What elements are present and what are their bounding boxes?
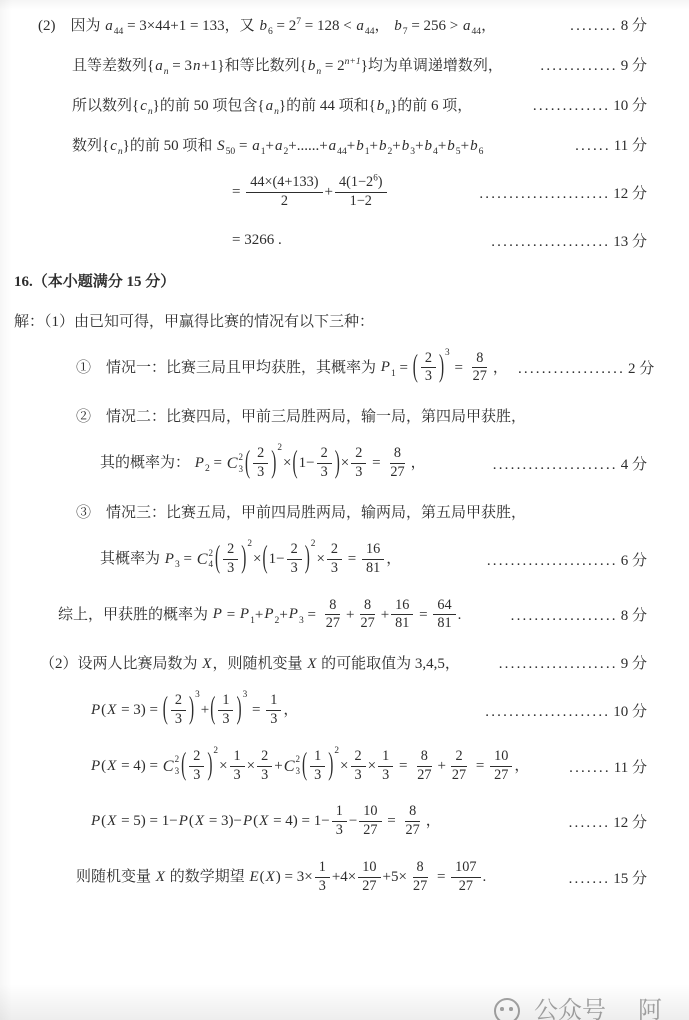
combination-symbol: C23 xyxy=(284,754,300,777)
text-run: 综上，甲获胜的概率为 xyxy=(58,606,212,622)
numerator: 10 xyxy=(490,748,512,767)
text-run: = 3 xyxy=(169,58,192,74)
denominator: 3 xyxy=(327,560,342,578)
denominator: 27 xyxy=(490,767,512,785)
fraction: 827 xyxy=(322,597,344,634)
text-run: = xyxy=(248,702,264,718)
text-run: }的前 50 项包含{ xyxy=(153,98,265,114)
variable: X xyxy=(106,813,117,829)
smiley-face-icon xyxy=(494,998,520,1020)
text-run: + xyxy=(201,702,209,718)
text-run: 1−2 xyxy=(350,193,372,209)
text-run: = 4) = 1− xyxy=(269,813,329,829)
score-label: 11 分 xyxy=(614,138,647,154)
combination-base: C xyxy=(284,757,295,776)
score-label: 12 分 xyxy=(613,186,647,202)
text-run: 3 xyxy=(355,767,362,783)
solution-line: （2）设两人比赛局数为 X，则随机变量 X 的可能取值为 3,4,5，.....… xyxy=(0,652,647,673)
text-run: 1 xyxy=(222,692,229,708)
leader-dots: ..................... xyxy=(485,704,610,720)
denominator: 81 xyxy=(391,615,413,633)
text-run: = xyxy=(384,813,400,829)
text-run: × xyxy=(253,551,261,567)
variable: X xyxy=(106,758,117,774)
subscript: 44 xyxy=(365,26,375,37)
text-run: 数列{ xyxy=(72,138,109,154)
fraction: 6481 xyxy=(433,597,455,634)
numerator: 64 xyxy=(433,597,455,616)
text-run: 16 xyxy=(395,597,409,613)
text-run: 27 xyxy=(473,368,487,384)
text-run: }的前 50 项和 xyxy=(123,138,216,154)
text-run: = xyxy=(304,606,320,622)
line-content: ② 情况二：比赛四局，甲前三局胜两局，输一局，第四局甲获胜， xyxy=(76,405,526,426)
variable: a xyxy=(355,18,365,34)
denominator: 27 xyxy=(356,615,378,633)
numerator: 2 xyxy=(223,541,238,560)
text-run: = 5) = 1− xyxy=(117,813,177,829)
text-run: + xyxy=(381,606,389,622)
text-run: 44×(4+133) xyxy=(250,174,318,190)
text-run: = 3×44+1 = 133，又 xyxy=(123,18,258,34)
line-content: P(X = 4) = C23(23)2×13×23+C23(13)2×23×13… xyxy=(90,748,529,785)
text-run: 8 xyxy=(364,597,371,613)
fraction: 827 xyxy=(402,803,424,840)
text-run: = xyxy=(433,869,449,885)
text-run: ① 情况一：比赛三局且甲均获胜，其概率为 xyxy=(76,359,380,375)
text-run: + xyxy=(370,138,378,154)
text-run: = xyxy=(344,551,360,567)
group-exponent: 2 xyxy=(213,747,218,756)
denominator: 3 xyxy=(266,711,281,729)
denominator: 3 xyxy=(332,822,347,840)
dots-score: .......15 分 xyxy=(559,867,647,888)
group-exponent: 2 xyxy=(334,747,339,756)
fraction: 13 xyxy=(310,748,325,785)
text-run: 8 xyxy=(394,445,401,461)
fraction: 23 xyxy=(171,692,186,729)
numerator: 1 xyxy=(218,692,233,711)
variable: c xyxy=(109,138,118,154)
text-run: 3 xyxy=(331,560,338,576)
text-run: ， xyxy=(386,551,401,567)
text-run: 3 xyxy=(336,822,343,838)
text-run: 2 xyxy=(257,445,264,461)
close-paren: ) xyxy=(240,541,247,578)
numerator: 10 xyxy=(358,859,380,878)
line-content: 所以数列{cn}的前 50 项包含{an}的前 44 项和{bn}的前 6 项， xyxy=(72,94,472,115)
close-paren: ) xyxy=(327,748,334,785)
text-run: 3 xyxy=(270,711,277,727)
dots-score: .............10 分 xyxy=(523,94,647,115)
numerator: 8 xyxy=(472,350,487,369)
combination-symbol: C23 xyxy=(227,452,243,475)
fraction: 13 xyxy=(332,803,347,840)
denominator: 27 xyxy=(448,767,470,785)
solution-line: (2) 因为 a44 = 3×44+1 = 133，又 b6 = 27 = 12… xyxy=(0,14,647,35)
denominator: 27 xyxy=(359,822,381,840)
close-paren: ) xyxy=(270,445,277,482)
line-content: P(X = 5) = 1−P(X = 3)−P(X = 4) = 1−13−10… xyxy=(90,803,441,840)
text-run: 8 xyxy=(421,748,428,764)
text-run: 2 xyxy=(193,748,200,764)
fraction: 1681 xyxy=(391,597,413,634)
group-content: 23 xyxy=(169,692,188,729)
paren-group: (13)2 xyxy=(301,748,340,785)
text-run: = xyxy=(395,758,411,774)
leader-dots: ............. xyxy=(533,98,610,114)
text-run: + xyxy=(274,758,282,774)
denominator: 3 xyxy=(378,767,393,785)
denominator: 3 xyxy=(315,878,330,896)
subscript: 44 xyxy=(337,146,347,157)
upper-index: 2 xyxy=(175,754,180,766)
text-run: 27 xyxy=(362,878,376,894)
text-run: ， xyxy=(375,18,394,34)
text-run: }的前 44 项和{ xyxy=(279,98,376,114)
numerator: 4(1−26) xyxy=(335,174,386,193)
text-run: = xyxy=(396,359,412,375)
text-run: }的前 6 项， xyxy=(390,98,472,114)
variable: P xyxy=(90,813,101,829)
text-run: 2 xyxy=(425,350,432,366)
fraction: 827 xyxy=(413,748,435,785)
fraction: 4(1−26)1−2 xyxy=(335,174,386,211)
variable: P xyxy=(164,551,175,567)
leader-dots: ..................... xyxy=(493,457,618,473)
text-run: = 2 xyxy=(273,18,296,34)
solution-line: = 44×(4+133)2+4(1−26)1−2................… xyxy=(0,174,647,211)
text-run: = xyxy=(451,359,467,375)
solution-line: 综上，甲获胜的概率为 P = P1+P2+P3 = 827+827+1681 =… xyxy=(0,597,647,634)
lower-index: 4 xyxy=(209,559,214,571)
text-run: = 3266 . xyxy=(232,232,282,248)
dots-score: ......................12 分 xyxy=(469,182,647,203)
group-content: 23 xyxy=(221,541,240,578)
denominator: 3 xyxy=(257,767,272,785)
fraction: 13 xyxy=(266,692,281,729)
dots-score: ....................9 分 xyxy=(489,652,647,673)
variable: P xyxy=(263,606,274,622)
text-run: }均为单调递增数列， xyxy=(361,58,503,74)
variable: a xyxy=(462,18,472,34)
solution-line: 且等差数列{an = 3n+1}和等比数列{bn = 2n+1}均为单调递增数列… xyxy=(0,54,647,75)
score-label: 10 分 xyxy=(613,704,647,720)
fraction: 23 xyxy=(327,541,342,578)
denominator: 3 xyxy=(189,767,204,785)
text-run: 1− xyxy=(269,551,285,567)
fraction: 827 xyxy=(409,859,431,896)
combination-indices: 24 xyxy=(209,548,214,571)
text-run: 27 xyxy=(459,878,473,894)
text-run: 3 xyxy=(314,767,321,783)
text-run: ② 情况二：比赛四局，甲前三局胜两局，输一局，第四局甲获胜， xyxy=(76,409,526,425)
text-run: 的可能取值为 3,4,5， xyxy=(317,656,460,672)
variable: P xyxy=(239,606,250,622)
numerator: 8 xyxy=(405,803,420,822)
text-run: ， xyxy=(283,702,298,718)
denominator: 81 xyxy=(433,615,455,633)
numerator: 16 xyxy=(362,541,384,560)
group-content: 23 xyxy=(251,445,270,482)
solution-line: P(X = 4) = C23(23)2×13×23+C23(13)2×23×13… xyxy=(0,748,647,785)
text-run: 3 xyxy=(175,711,182,727)
group-exponent: 3 xyxy=(445,349,450,358)
solution-line: 则随机变量 X 的数学期望 E(X) = 3×13+4×1027+5×827 =… xyxy=(0,859,647,896)
text-run: = xyxy=(232,184,244,200)
denominator: 27 xyxy=(455,878,477,896)
open-paren: ( xyxy=(180,748,187,785)
text-run: × xyxy=(219,758,227,774)
score-label: 4 分 xyxy=(621,457,647,473)
fraction: 23 xyxy=(189,748,204,785)
text-run: ， xyxy=(493,359,508,375)
close-paren: ) xyxy=(438,349,445,386)
subscript: 44 xyxy=(114,26,124,37)
solution-line: 所以数列{cn}的前 50 项包含{an}的前 44 项和{bn}的前 6 项，… xyxy=(0,94,647,115)
text-run: 1 xyxy=(336,803,343,819)
text-run: ， xyxy=(481,18,496,34)
combination-symbol: C24 xyxy=(197,548,213,571)
denominator: 3 xyxy=(230,767,245,785)
score-label: 9 分 xyxy=(621,58,647,74)
text-run: (2) 因为 xyxy=(38,18,104,34)
text-run: ， xyxy=(514,758,529,774)
solution-line: 解：（1）由已知可得，甲赢得比赛的情况有以下三种： xyxy=(0,310,647,331)
text-run: = xyxy=(180,551,196,567)
text-run: 其概率为 xyxy=(100,551,164,567)
numerator: 10 xyxy=(359,803,381,822)
leader-dots: ....... xyxy=(569,815,611,831)
denominator: 27 xyxy=(469,368,491,386)
denominator: 3 xyxy=(171,711,186,729)
fraction: 23 xyxy=(351,748,366,785)
numerator: 1 xyxy=(230,748,245,767)
fraction: 1681 xyxy=(362,541,384,578)
variable: P xyxy=(90,702,101,718)
fraction: 827 xyxy=(386,445,408,482)
subscript: 44 xyxy=(472,26,482,37)
text-run: = xyxy=(223,606,239,622)
numerator: 2 xyxy=(287,541,302,560)
numerator: 2 xyxy=(451,748,466,767)
denominator: 27 xyxy=(358,878,380,896)
denominator: 3 xyxy=(310,767,325,785)
lower-index: 3 xyxy=(296,766,301,778)
fraction: 23 xyxy=(223,541,238,578)
fraction: 227 xyxy=(448,748,470,785)
score-label: 8 分 xyxy=(621,608,647,624)
fraction: 10727 xyxy=(451,859,480,896)
text-run: 27 xyxy=(390,464,404,480)
group-content: 13 xyxy=(308,748,327,785)
text-run: 81 xyxy=(437,615,451,631)
variable: P xyxy=(90,758,101,774)
variable: b xyxy=(307,58,317,74)
subscript: 50 xyxy=(226,146,236,157)
dots-score: .....................4 分 xyxy=(483,453,647,474)
text-run: 3 xyxy=(193,767,200,783)
text-run: + xyxy=(392,138,400,154)
text-run: 3 xyxy=(291,560,298,576)
solution-line: ② 情况二：比赛四局，甲前三局胜两局，输一局，第四局甲获胜， xyxy=(0,405,647,426)
line-content: 则随机变量 X 的数学期望 E(X) = 3×13+4×1027+5×827 =… xyxy=(76,859,486,896)
text-run: 其的概率为： xyxy=(100,455,194,471)
text-run: 27 xyxy=(452,767,466,783)
leader-dots: ............. xyxy=(540,58,617,74)
paren-group: (23)2 xyxy=(214,541,253,578)
group-exponent: 3 xyxy=(195,691,200,700)
paren-group: (23)3 xyxy=(412,350,451,387)
open-paren: ( xyxy=(412,349,419,386)
leader-dots: .................. xyxy=(518,361,625,377)
lower-index: 3 xyxy=(175,766,180,778)
paren-group: (23)2 xyxy=(180,748,219,785)
text-run: + xyxy=(437,758,445,774)
text-run: 所以数列{ xyxy=(72,98,139,114)
variable: P xyxy=(194,455,205,471)
text-run: 107 xyxy=(455,859,476,875)
fraction: 1027 xyxy=(358,859,380,896)
numerator: 107 xyxy=(451,859,480,878)
numerator: 8 xyxy=(360,597,375,616)
text-run: 8 xyxy=(476,350,483,366)
numerator: 1 xyxy=(266,692,281,711)
score-label: 10 分 xyxy=(613,98,647,114)
numerator: 8 xyxy=(413,859,428,878)
score-label: 6 分 xyxy=(621,553,647,569)
variable: b xyxy=(469,138,479,154)
text-run: 10 xyxy=(494,748,508,764)
denominator: 81 xyxy=(362,560,384,578)
text-run: + xyxy=(325,184,333,200)
numerator: 2 xyxy=(351,445,366,464)
leader-dots: .................... xyxy=(491,234,610,250)
numerator: 8 xyxy=(325,597,340,616)
denominator: 2 xyxy=(277,193,292,211)
close-paren: ) xyxy=(304,541,311,578)
score-label: 15 分 xyxy=(613,871,647,887)
text-run: 81 xyxy=(366,560,380,576)
text-run: 27 xyxy=(417,767,431,783)
fraction: 23 xyxy=(421,350,436,387)
text-run: 10 xyxy=(363,803,377,819)
line-content: 综上，甲获胜的概率为 P = P1+P2+P3 = 827+827+1681 =… xyxy=(58,597,461,634)
leader-dots: .................... xyxy=(499,656,618,672)
group-exponent: 3 xyxy=(243,691,248,700)
text-run: = 2 xyxy=(321,58,344,74)
variable: P xyxy=(380,359,391,375)
subscript: 6 xyxy=(479,146,484,157)
dots-score: .......11 分 xyxy=(559,756,647,777)
variable: P xyxy=(212,606,223,622)
fraction: 23 xyxy=(257,748,272,785)
text-run: 1 xyxy=(314,748,321,764)
variable: X xyxy=(155,869,166,885)
text-run: × xyxy=(316,551,324,567)
paren-group: (13)3 xyxy=(209,692,248,729)
text-run: 1 xyxy=(319,859,326,875)
text-run: + xyxy=(279,606,287,622)
text-run: 4(1−2 xyxy=(339,174,373,190)
text-run: = xyxy=(235,138,251,154)
text-run: 3 xyxy=(319,878,326,894)
line-content: （2）设两人比赛局数为 X，则随机变量 X 的可能取值为 3,4,5， xyxy=(40,652,460,673)
text-run: 则随机变量 xyxy=(76,869,155,885)
dots-score: ....................13 分 xyxy=(481,230,647,251)
numerator: 44×(4+133) xyxy=(246,174,322,193)
solution-line: 16.（本小题满分 15 分） xyxy=(0,270,647,291)
group-exponent: 2 xyxy=(247,540,252,549)
text-run: +4× xyxy=(332,869,356,885)
text-run: 10 xyxy=(362,859,376,875)
variable: a xyxy=(154,58,164,74)
text-run: 27 xyxy=(406,822,420,838)
variable: b xyxy=(355,138,365,154)
numerator: 1 xyxy=(332,803,347,822)
text-run: = xyxy=(472,758,488,774)
score-label: 2 分 xyxy=(628,361,654,377)
variable: a xyxy=(104,18,114,34)
denominator: 3 xyxy=(351,464,366,482)
denominator: 3 xyxy=(317,464,332,482)
text-run: − xyxy=(349,813,357,829)
group-exponent: 2 xyxy=(311,540,316,549)
numerator: 1 xyxy=(378,748,393,767)
dots-score: .............9 分 xyxy=(530,54,647,75)
solution-line: 数列{cn}的前 50 项和 S50 = a1+a2+......+a44+b1… xyxy=(0,134,647,155)
dots-score: .......12 分 xyxy=(559,811,647,832)
variable: X xyxy=(265,869,276,885)
leader-dots: ...................... xyxy=(479,186,610,202)
text-run: = 4) = xyxy=(117,758,161,774)
leader-dots: ...... xyxy=(575,138,611,154)
combination-indices: 23 xyxy=(296,754,301,777)
text-run: 2 xyxy=(355,445,362,461)
variable: X xyxy=(201,656,212,672)
variable: X xyxy=(106,702,117,718)
open-paren: ( xyxy=(214,541,221,578)
open-paren: ( xyxy=(209,692,216,729)
text-run: 2 xyxy=(321,445,328,461)
combination-base: C xyxy=(197,550,208,569)
numerator: 1 xyxy=(310,748,325,767)
variable: S xyxy=(216,138,226,154)
denominator: 3 xyxy=(218,711,233,729)
text-run: 27 xyxy=(494,767,508,783)
variable: X xyxy=(306,656,317,672)
line-content: ③ 情况三：比赛五局，甲前四局胜两局，输两局，第五局甲获胜， xyxy=(76,501,526,522)
text-run: + xyxy=(346,606,354,622)
fraction: 13 xyxy=(218,692,233,729)
text-run: 的数学期望 xyxy=(166,869,249,885)
numerator: 2 xyxy=(351,748,366,767)
variable: c xyxy=(139,98,148,114)
watermark-text: 公众号 xyxy=(534,999,606,1020)
score-label: 11 分 xyxy=(614,760,647,776)
denominator: 3 xyxy=(253,464,268,482)
superscript: n+1 xyxy=(345,56,361,67)
text-run: = xyxy=(210,455,226,471)
fraction: 23 xyxy=(253,445,268,482)
fraction: 44×(4+133)2 xyxy=(246,174,322,211)
line-content: 且等差数列{an = 3n+1}和等比数列{bn = 2n+1}均为单调递增数列… xyxy=(72,54,503,75)
solution-line: ③ 情况三：比赛五局，甲前四局胜两局，输两局，第五局甲获胜， xyxy=(0,501,647,522)
denominator: 27 xyxy=(413,767,435,785)
text-run: × xyxy=(283,455,291,471)
line-content: 16.（本小题满分 15 分） xyxy=(14,270,175,291)
close-paren: ) xyxy=(206,748,213,785)
